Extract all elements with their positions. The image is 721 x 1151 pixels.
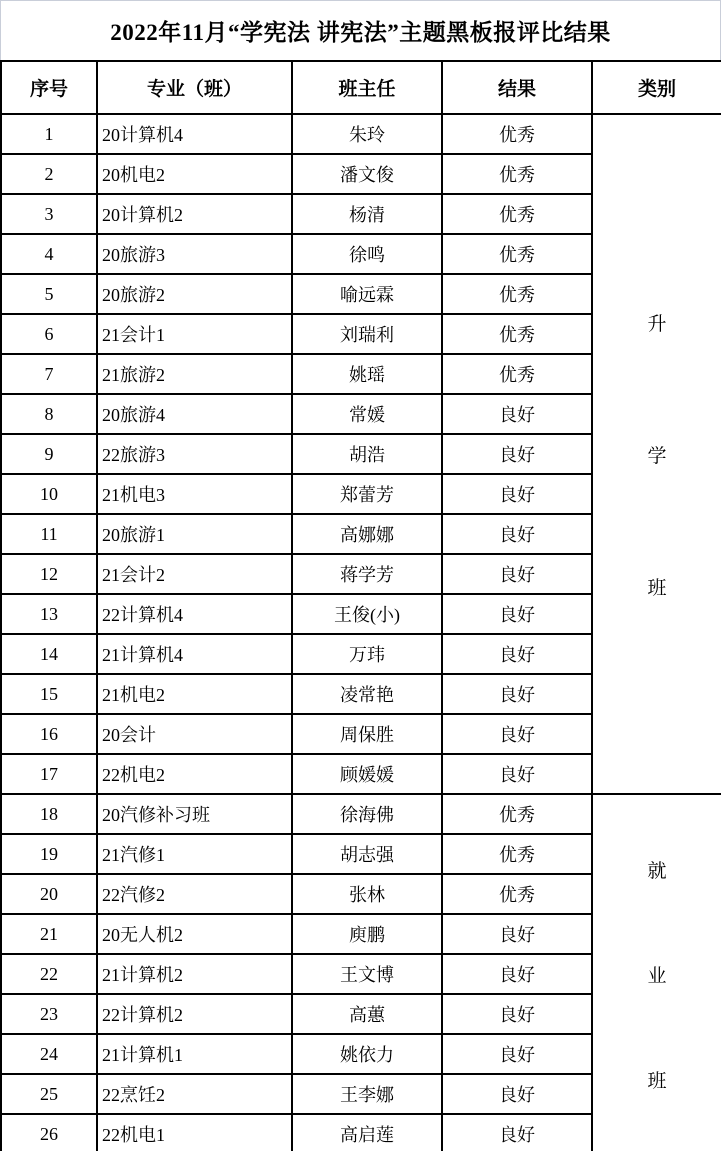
major-class-cell: 22机电1 [97, 1114, 292, 1151]
major-class-cell: 21计算机2 [97, 954, 292, 994]
result-cell: 良好 [442, 1114, 592, 1151]
head-teacher-cell: 郑蕾芳 [292, 474, 442, 514]
major-class-cell: 22机电2 [97, 754, 292, 794]
row-number-cell: 2 [1, 154, 97, 194]
head-teacher-cell: 王李娜 [292, 1074, 442, 1114]
head-teacher-cell: 凌常艳 [292, 674, 442, 714]
head-teacher-cell: 蒋学芳 [292, 554, 442, 594]
head-teacher-cell: 高蕙 [292, 994, 442, 1034]
row-number-cell: 21 [1, 914, 97, 954]
head-teacher-cell: 王文博 [292, 954, 442, 994]
result-cell: 良好 [442, 954, 592, 994]
result-cell: 良好 [442, 594, 592, 634]
row-number-cell: 10 [1, 474, 97, 514]
result-cell: 良好 [442, 994, 592, 1034]
head-teacher-cell: 徐海佛 [292, 794, 442, 834]
major-class-cell: 22旅游3 [97, 434, 292, 474]
result-cell: 优秀 [442, 874, 592, 914]
major-class-cell: 21会计1 [97, 314, 292, 354]
row-number-cell: 8 [1, 394, 97, 434]
head-teacher-cell: 朱玲 [292, 114, 442, 154]
result-cell: 良好 [442, 634, 592, 674]
major-class-cell: 22汽修2 [97, 874, 292, 914]
result-cell: 优秀 [442, 314, 592, 354]
row-number-cell: 6 [1, 314, 97, 354]
result-cell: 良好 [442, 674, 592, 714]
row-number-cell: 11 [1, 514, 97, 554]
major-class-cell: 22计算机4 [97, 594, 292, 634]
category-vertical-label: 就业班 [593, 856, 721, 1093]
major-class-cell: 21机电2 [97, 674, 292, 714]
category-char: 业 [647, 961, 666, 988]
row-number-cell: 22 [1, 954, 97, 994]
result-cell: 优秀 [442, 354, 592, 394]
head-teacher-cell: 杨清 [292, 194, 442, 234]
row-number-cell: 13 [1, 594, 97, 634]
row-number-cell: 24 [1, 1034, 97, 1074]
head-teacher-cell: 王俊(小) [292, 594, 442, 634]
head-teacher-cell: 喻远霖 [292, 274, 442, 314]
table-row: 120计算机4朱玲优秀升学班 [1, 114, 721, 154]
table-body: 120计算机4朱玲优秀升学班220机电2潘文俊优秀320计算机2杨清优秀420旅… [1, 114, 721, 1151]
major-class-cell: 21计算机4 [97, 634, 292, 674]
result-cell: 良好 [442, 554, 592, 594]
major-class-cell: 20计算机4 [97, 114, 292, 154]
major-class-cell: 21计算机1 [97, 1034, 292, 1074]
result-cell: 良好 [442, 434, 592, 474]
result-cell: 优秀 [442, 234, 592, 274]
head-teacher-cell: 张林 [292, 874, 442, 914]
page-title-text: 2022年11月“学宪法 讲宪法”主题黑板报评比结果 [110, 14, 610, 47]
result-cell: 良好 [442, 1074, 592, 1114]
row-number-cell: 12 [1, 554, 97, 594]
table-header: 序号 专业（班） 班主任 结果 类别 [1, 61, 721, 114]
result-cell: 良好 [442, 914, 592, 954]
row-number-cell: 14 [1, 634, 97, 674]
major-class-cell: 22计算机2 [97, 994, 292, 1034]
head-teacher-cell: 潘文俊 [292, 154, 442, 194]
row-number-cell: 1 [1, 114, 97, 154]
head-teacher-cell: 徐鸣 [292, 234, 442, 274]
head-teacher-cell: 庾鹏 [292, 914, 442, 954]
major-class-cell: 21旅游2 [97, 354, 292, 394]
major-class-cell: 20机电2 [97, 154, 292, 194]
result-cell: 良好 [442, 714, 592, 754]
head-teacher-cell: 高启莲 [292, 1114, 442, 1151]
header-no: 序号 [1, 61, 97, 114]
head-teacher-cell: 高娜娜 [292, 514, 442, 554]
major-class-cell: 22烹饪2 [97, 1074, 292, 1114]
result-cell: 优秀 [442, 274, 592, 314]
category-char: 班 [647, 1066, 666, 1093]
result-cell: 优秀 [442, 194, 592, 234]
row-number-cell: 20 [1, 874, 97, 914]
row-number-cell: 16 [1, 714, 97, 754]
result-cell: 良好 [442, 1034, 592, 1074]
head-teacher-cell: 姚瑶 [292, 354, 442, 394]
head-teacher-cell: 刘瑞利 [292, 314, 442, 354]
header-head-teacher: 班主任 [292, 61, 442, 114]
head-teacher-cell: 万玮 [292, 634, 442, 674]
result-cell: 优秀 [442, 154, 592, 194]
result-cell: 良好 [442, 474, 592, 514]
row-number-cell: 18 [1, 794, 97, 834]
head-teacher-cell: 胡浩 [292, 434, 442, 474]
result-cell: 良好 [442, 394, 592, 434]
major-class-cell: 20汽修补习班 [97, 794, 292, 834]
results-table: 序号 专业（班） 班主任 结果 类别 120计算机4朱玲优秀升学班220机电2潘… [0, 60, 721, 1151]
row-number-cell: 17 [1, 754, 97, 794]
result-cell: 优秀 [442, 794, 592, 834]
row-number-cell: 26 [1, 1114, 97, 1151]
row-number-cell: 25 [1, 1074, 97, 1114]
major-class-cell: 21机电3 [97, 474, 292, 514]
table-row: 1820汽修补习班徐海佛优秀就业班 [1, 794, 721, 834]
header-row: 序号 专业（班） 班主任 结果 类别 [1, 61, 721, 114]
category-cell: 就业班 [592, 794, 721, 1151]
head-teacher-cell: 胡志强 [292, 834, 442, 874]
row-number-cell: 19 [1, 834, 97, 874]
row-number-cell: 7 [1, 354, 97, 394]
head-teacher-cell: 顾媛媛 [292, 754, 442, 794]
row-number-cell: 23 [1, 994, 97, 1034]
row-number-cell: 3 [1, 194, 97, 234]
result-cell: 良好 [442, 514, 592, 554]
page-title: 2022年11月“学宪法 讲宪法”主题黑板报评比结果 [0, 0, 721, 60]
header-major-class: 专业（班） [97, 61, 292, 114]
header-result: 结果 [442, 61, 592, 114]
result-cell: 良好 [442, 754, 592, 794]
category-char: 班 [647, 573, 666, 600]
head-teacher-cell: 常媛 [292, 394, 442, 434]
head-teacher-cell: 周保胜 [292, 714, 442, 754]
major-class-cell: 20旅游4 [97, 394, 292, 434]
category-char: 就 [647, 856, 666, 883]
major-class-cell: 20旅游3 [97, 234, 292, 274]
category-char: 升 [647, 309, 666, 336]
row-number-cell: 4 [1, 234, 97, 274]
category-vertical-label: 升学班 [593, 309, 721, 600]
row-number-cell: 15 [1, 674, 97, 714]
row-number-cell: 9 [1, 434, 97, 474]
result-cell: 优秀 [442, 834, 592, 874]
major-class-cell: 21会计2 [97, 554, 292, 594]
major-class-cell: 20旅游1 [97, 514, 292, 554]
row-number-cell: 5 [1, 274, 97, 314]
category-char: 学 [647, 441, 666, 468]
major-class-cell: 20会计 [97, 714, 292, 754]
category-cell: 升学班 [592, 114, 721, 794]
major-class-cell: 20旅游2 [97, 274, 292, 314]
head-teacher-cell: 姚依力 [292, 1034, 442, 1074]
major-class-cell: 21汽修1 [97, 834, 292, 874]
result-cell: 优秀 [442, 114, 592, 154]
major-class-cell: 20无人机2 [97, 914, 292, 954]
header-category: 类别 [592, 61, 721, 114]
major-class-cell: 20计算机2 [97, 194, 292, 234]
